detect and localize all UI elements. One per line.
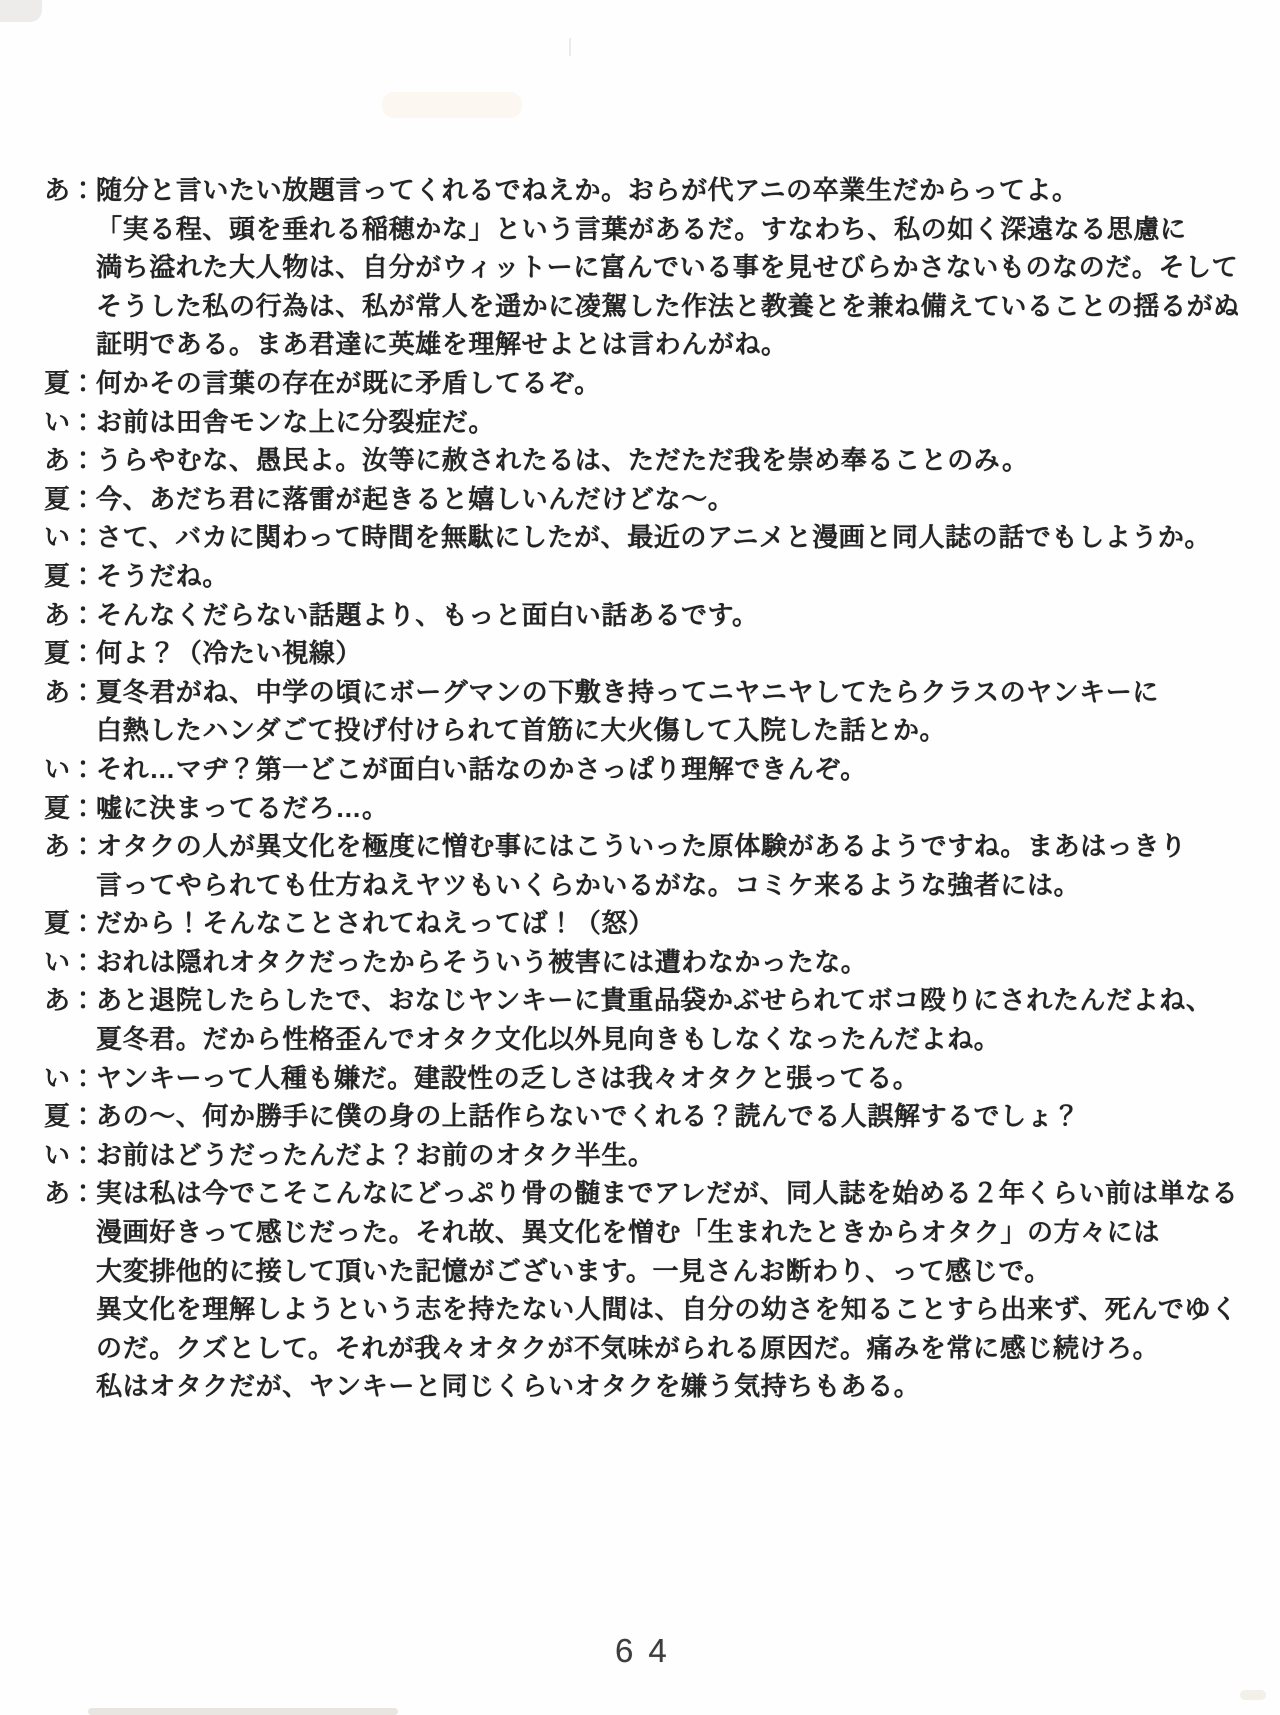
turn-lines: 嘘に決まってるだろ…。 (96, 789, 1250, 828)
speaker-label: あ： (44, 171, 96, 210)
dialogue-turn: あ： オタクの人が異文化を極度に憎む事にはこういった原体験があるようですね。まあ… (44, 827, 1250, 904)
turn-lines: 夏冬君がね、中学の頃にボーグマンの下敷き持ってニヤニヤしてたらクラスのヤンキーに… (96, 673, 1250, 750)
dialogue-line: さて、バカに関わって時間を無駄にしたが、最近のアニメと漫画と同人誌の話でもしよう… (96, 518, 1250, 557)
dialogue-line: お前は田舎モンな上に分裂症だ。 (96, 403, 1250, 442)
speaker-label: 夏： (44, 557, 96, 596)
dialogue-line: 夏冬君。だから性格歪んでオタク文化以外見向きもしなくなったんだよね。 (96, 1020, 1250, 1059)
dialogue-line: あと退院したらしたで、おなじヤンキーに貴重品袋かぶせられてボコ殴りにされたんだよ… (96, 981, 1250, 1020)
dialogue-line: だから！そんなことされてねえってば！（怒） (96, 904, 1250, 943)
speaker-label: 夏： (44, 789, 96, 828)
turn-lines: だから！そんなことされてねえってば！（怒） (96, 904, 1250, 943)
dialogue-line: そうした私の行為は、私が常人を遥かに凌駕した作法と教養とを兼ね備えていることの揺… (96, 287, 1250, 326)
speaker-label: い： (44, 943, 96, 982)
turn-lines: そんなくだらない話題より、もっと面白い話あるです。 (96, 596, 1250, 635)
speaker-label: 夏： (44, 634, 96, 673)
dialogue-line: 満ち溢れた大人物は、自分がウィットーに富んでいる事を見せびらかさないものなのだ。… (96, 248, 1250, 287)
dialogue-turn: 夏： 何よ？（冷たい視線） (44, 634, 1250, 673)
dialogue-line: 白熱したハンダごて投げ付けられて首筋に大火傷して入院した話とか。 (96, 711, 1250, 750)
speaker-label: あ： (44, 441, 96, 480)
dialogue-turn: あ： うらやむな、愚民よ。汝等に赦されたるは、ただただ我を崇め奉ることのみ。 (44, 441, 1250, 480)
dialogue-line: 何かその言葉の存在が既に矛盾してるぞ。 (96, 364, 1250, 403)
dialogue-turn: あ： 実は私は今でこそこんなにどっぷり骨の髄までアレだが、同人誌を始める２年くら… (44, 1174, 1250, 1406)
speaker-label: 夏： (44, 364, 96, 403)
dialogue-line: 今、あだち君に落雷が起きると嬉しいんだけどな～。 (96, 480, 1250, 519)
dialogue-line: 夏冬君がね、中学の頃にボーグマンの下敷き持ってニヤニヤしてたらクラスのヤンキーに (96, 673, 1250, 712)
dialogue-turn: 夏： だから！そんなことされてねえってば！（怒） (44, 904, 1250, 943)
turn-lines: 今、あだち君に落雷が起きると嬉しいんだけどな～。 (96, 480, 1250, 519)
dialogue-turn: あ： あと退院したらしたで、おなじヤンキーに貴重品袋かぶせられてボコ殴りにされた… (44, 981, 1250, 1058)
dialogue-turn: い： お前は田舎モンな上に分裂症だ。 (44, 403, 1250, 442)
scan-artifact (569, 38, 571, 56)
dialogue-line: 実は私は今でこそこんなにどっぷり骨の髄までアレだが、同人誌を始める２年くらい前は… (96, 1174, 1250, 1213)
dialogue-turn: 夏： あの～、何か勝手に僕の身の上話作らないでくれる？読んでる人誤解するでしょ？ (44, 1097, 1250, 1136)
turn-lines: そうだね。 (96, 557, 1250, 596)
dialogue-line: おれは隠れオタクだったからそういう被害には遭わなかったな。 (96, 943, 1250, 982)
dialogue: あ： 随分と言いたい放題言ってくれるでねえか。おらが代アニの卒業生だからってよ。… (44, 171, 1250, 1406)
turn-lines: おれは隠れオタクだったからそういう被害には遭わなかったな。 (96, 943, 1250, 982)
dialogue-turn: い： おれは隠れオタクだったからそういう被害には遭わなかったな。 (44, 943, 1250, 982)
dialogue-turn: あ： 随分と言いたい放題言ってくれるでねえか。おらが代アニの卒業生だからってよ。… (44, 171, 1250, 364)
speaker-label: あ： (44, 827, 96, 866)
dialogue-turn: あ： 夏冬君がね、中学の頃にボーグマンの下敷き持ってニヤニヤしてたらクラスのヤン… (44, 673, 1250, 750)
speaker-label: い： (44, 750, 96, 789)
turn-lines: あの～、何か勝手に僕の身の上話作らないでくれる？読んでる人誤解するでしょ？ (96, 1097, 1250, 1136)
dialogue-turn: い： お前はどうだったんだよ？お前のオタク半生。 (44, 1136, 1250, 1175)
scan-artifact (382, 92, 522, 118)
turn-lines: ヤンキーって人種も嫌だ。建設性の乏しさは我々オタクと張ってる。 (96, 1059, 1250, 1098)
turn-lines: それ…マヂ？第一どこが面白い話なのかさっぱり理解できんぞ。 (96, 750, 1250, 789)
dialogue-line: 漫画好きって感じだった。それ故、異文化を憎む「生まれたときからオタク」の方々には (96, 1213, 1250, 1252)
speaker-label: い： (44, 403, 96, 442)
dialogue-line: 何よ？（冷たい視線） (96, 634, 1250, 673)
dialogue-line: 大変排他的に接して頂いた記憶がございます。一見さんお断わり、って感じで。 (96, 1252, 1250, 1291)
speaker-label: あ： (44, 596, 96, 635)
speaker-label: い： (44, 1136, 96, 1175)
speaker-label: あ： (44, 1174, 96, 1213)
dialogue-turn: い： さて、バカに関わって時間を無駄にしたが、最近のアニメと漫画と同人誌の話でも… (44, 518, 1250, 557)
dialogue-turn: い： それ…マヂ？第一どこが面白い話なのかさっぱり理解できんぞ。 (44, 750, 1250, 789)
dialogue-line: オタクの人が異文化を極度に憎む事にはこういった原体験があるようですね。まあはっき… (96, 827, 1250, 866)
scan-artifact (88, 1708, 398, 1715)
dialogue-line: ヤンキーって人種も嫌だ。建設性の乏しさは我々オタクと張ってる。 (96, 1059, 1250, 1098)
turn-lines: 実は私は今でこそこんなにどっぷり骨の髄までアレだが、同人誌を始める２年くらい前は… (96, 1174, 1250, 1406)
speaker-label: あ： (44, 673, 96, 712)
speaker-label: 夏： (44, 904, 96, 943)
dialogue-line: あの～、何か勝手に僕の身の上話作らないでくれる？読んでる人誤解するでしょ？ (96, 1097, 1250, 1136)
turn-lines: オタクの人が異文化を極度に憎む事にはこういった原体験があるようですね。まあはっき… (96, 827, 1250, 904)
dialogue-line: それ…マヂ？第一どこが面白い話なのかさっぱり理解できんぞ。 (96, 750, 1250, 789)
speaker-label: 夏： (44, 1097, 96, 1136)
scan-artifact (1240, 1690, 1266, 1700)
dialogue-line: 異文化を理解しようという志を持たない人間は、自分の幼さを知ることすら出来ず、死ん… (96, 1290, 1250, 1329)
turn-lines: さて、バカに関わって時間を無駄にしたが、最近のアニメと漫画と同人誌の話でもしよう… (96, 518, 1250, 557)
dialogue-turn: 夏： そうだね。 (44, 557, 1250, 596)
dialogue-line: のだ。クズとして。それが我々オタクが不気味がられる原因だ。痛みを常に感じ続けろ。 (96, 1329, 1250, 1368)
turn-lines: お前はどうだったんだよ？お前のオタク半生。 (96, 1136, 1250, 1175)
dialogue-turn: あ： そんなくだらない話題より、もっと面白い話あるです。 (44, 596, 1250, 635)
dialogue-line: 嘘に決まってるだろ…。 (96, 789, 1250, 828)
turn-lines: あと退院したらしたで、おなじヤンキーに貴重品袋かぶせられてボコ殴りにされたんだよ… (96, 981, 1250, 1058)
scan-artifact (0, 0, 42, 22)
turn-lines: 何よ？（冷たい視線） (96, 634, 1250, 673)
dialogue-turn: 夏： 嘘に決まってるだろ…。 (44, 789, 1250, 828)
dialogue-line: 言ってやられても仕方ねえヤツもいくらかいるがな。コミケ来るような強者には。 (96, 866, 1250, 905)
speaker-label: あ： (44, 981, 96, 1020)
turn-lines: 何かその言葉の存在が既に矛盾してるぞ。 (96, 364, 1250, 403)
speaker-label: い： (44, 1059, 96, 1098)
speaker-label: い： (44, 518, 96, 557)
dialogue-line: そんなくだらない話題より、もっと面白い話あるです。 (96, 596, 1250, 635)
dialogue-turn: 夏： 今、あだち君に落雷が起きると嬉しいんだけどな～。 (44, 480, 1250, 519)
dialogue-line: 私はオタクだが、ヤンキーと同じくらいオタクを嫌う気持ちもある。 (96, 1367, 1250, 1406)
dialogue-line: 証明である。まあ君達に英雄を理解せよとは言わんがね。 (96, 325, 1250, 364)
dialogue-line: うらやむな、愚民よ。汝等に赦されたるは、ただただ我を崇め奉ることのみ。 (96, 441, 1250, 480)
scanned-page: あ： 随分と言いたい放題言ってくれるでねえか。おらが代アニの卒業生だからってよ。… (0, 0, 1280, 1715)
turn-lines: 随分と言いたい放題言ってくれるでねえか。おらが代アニの卒業生だからってよ。「実る… (96, 171, 1250, 364)
dialogue-line: お前はどうだったんだよ？お前のオタク半生。 (96, 1136, 1250, 1175)
turn-lines: うらやむな、愚民よ。汝等に赦されたるは、ただただ我を崇め奉ることのみ。 (96, 441, 1250, 480)
dialogue-turn: い： ヤンキーって人種も嫌だ。建設性の乏しさは我々オタクと張ってる。 (44, 1059, 1250, 1098)
dialogue-line: 「実る程、頭を垂れる稲穂かな」という言葉があるだ。すなわち、私の如く深遠なる思慮… (96, 210, 1250, 249)
dialogue-line: 随分と言いたい放題言ってくれるでねえか。おらが代アニの卒業生だからってよ。 (96, 171, 1250, 210)
dialogue-turn: 夏： 何かその言葉の存在が既に矛盾してるぞ。 (44, 364, 1250, 403)
turn-lines: お前は田舎モンな上に分裂症だ。 (96, 403, 1250, 442)
page-number: 64 (615, 1632, 682, 1670)
dialogue-line: そうだね。 (96, 557, 1250, 596)
speaker-label: 夏： (44, 480, 96, 519)
